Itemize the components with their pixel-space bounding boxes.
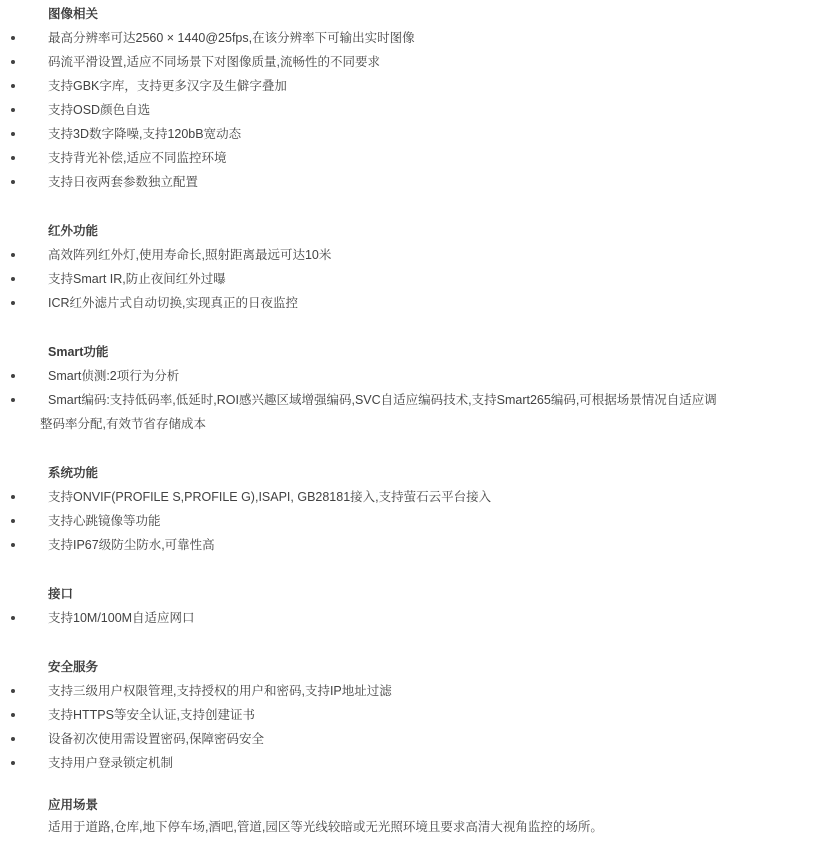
feature-text: ICR红外滤片式自动切换,实现真正的日夜监控 [48, 296, 298, 310]
feature-item: 支持用户登录锁定机制 [0, 751, 813, 775]
feature-text: 支持背光补偿,适应不同监控环境 [48, 151, 226, 165]
bullet-icon [11, 277, 15, 281]
bullet-icon [11, 60, 15, 64]
bullet-icon [11, 398, 15, 402]
feature-item: 支持Smart IR,防止夜间红外过曝 [0, 267, 813, 291]
feature-text: 码流平滑设置,适应不同场景下对图像质量,流畅性的不同要求 [48, 55, 380, 69]
section-heading-system: 系统功能 [0, 461, 813, 485]
application-scenario-text: 适用于道路,仓库,地下停车场,酒吧,管道,园区等光线较暗或无光照环境且要求高清大… [0, 817, 813, 837]
feature-text: Smart侦测:2项行为分析 [48, 369, 179, 383]
feature-text: 支持心跳镜像等功能 [48, 514, 161, 528]
feature-item: 支持3D数字降噪,支持120bB宽动态 [0, 122, 813, 146]
bullet-icon [11, 374, 15, 378]
section-infrared: 红外功能 高效阵列红外灯,使用寿命长,照射距离最远可达10米 支持Smart I… [0, 219, 813, 315]
section-security: 安全服务 支持三级用户权限管理,支持授权的用户和密码,支持IP地址过滤 支持HT… [0, 655, 813, 775]
feature-text: 最高分辨率可达2560 × 1440@25fps,在该分辨率下可输出实时图像 [48, 31, 415, 45]
bullet-icon [11, 616, 15, 620]
feature-text: 支持GBK字库，支持更多汉字及生僻字叠加 [48, 79, 287, 93]
feature-text: 支持OSD颜色自选 [48, 103, 150, 117]
feature-text: 支持3D数字降噪,支持120bB宽动态 [48, 127, 241, 141]
feature-list-security: 支持三级用户权限管理,支持授权的用户和密码,支持IP地址过滤 支持HTTPS等安… [0, 679, 813, 775]
feature-item: Smart编码:支持低码率,低延时,ROI感兴趣区域增强编码,SVC自适应编码技… [0, 388, 813, 436]
feature-item: Smart侦测:2项行为分析 [0, 364, 813, 388]
feature-text: 支持IP67级防尘防水,可靠性高 [48, 538, 215, 552]
feature-item: 码流平滑设置,适应不同场景下对图像质量,流畅性的不同要求 [0, 50, 813, 74]
section-heading-infrared: 红外功能 [0, 219, 813, 243]
bullet-icon [11, 132, 15, 136]
feature-text: Smart编码:支持低码率,低延时,ROI感兴趣区域增强编码,SVC自适应编码技… [40, 393, 717, 431]
feature-item: 高效阵列红外灯,使用寿命长,照射距离最远可达10米 [0, 243, 813, 267]
feature-item: 最高分辨率可达2560 × 1440@25fps,在该分辨率下可输出实时图像 [0, 26, 813, 50]
section-image-related: 图像相关 最高分辨率可达2560 × 1440@25fps,在该分辨率下可输出实… [0, 2, 813, 194]
feature-text: 支持Smart IR,防止夜间红外过曝 [48, 272, 226, 286]
bullet-icon [11, 737, 15, 741]
section-heading-security: 安全服务 [0, 655, 813, 679]
feature-text: 支持三级用户权限管理,支持授权的用户和密码,支持IP地址过滤 [48, 684, 392, 698]
feature-item: 设备初次使用需设置密码,保障密码安全 [0, 727, 813, 751]
feature-item: 支持日夜两套参数独立配置 [0, 170, 813, 194]
bullet-icon [11, 495, 15, 499]
bullet-icon [11, 689, 15, 693]
bullet-icon [11, 36, 15, 40]
feature-list-smart: Smart侦测:2项行为分析 Smart编码:支持低码率,低延时,ROI感兴趣区… [0, 364, 813, 436]
feature-text: 设备初次使用需设置密码,保障密码安全 [48, 732, 264, 746]
feature-text: 支持10M/100M自适应网口 [48, 611, 195, 625]
bullet-icon [11, 180, 15, 184]
feature-item: 支持ONVIF(PROFILE S,PROFILE G),ISAPI, GB28… [0, 485, 813, 509]
section-heading-interface: 接口 [0, 582, 813, 606]
feature-item: 支持10M/100M自适应网口 [0, 606, 813, 630]
bullet-icon [11, 108, 15, 112]
bullet-icon [11, 543, 15, 547]
feature-item: 支持GBK字库，支持更多汉字及生僻字叠加 [0, 74, 813, 98]
feature-text: 支持ONVIF(PROFILE S,PROFILE G),ISAPI, GB28… [48, 490, 491, 504]
feature-list-image-related: 最高分辨率可达2560 × 1440@25fps,在该分辨率下可输出实时图像 码… [0, 26, 813, 194]
section-smart: Smart功能 Smart侦测:2项行为分析 Smart编码:支持低码率,低延时… [0, 340, 813, 436]
feature-text: 支持用户登录锁定机制 [48, 756, 173, 770]
feature-item: 支持OSD颜色自选 [0, 98, 813, 122]
section-application-scenario: 应用场景 适用于道路,仓库,地下停车场,酒吧,管道,园区等光线较暗或无光照环境且… [0, 793, 813, 837]
feature-list-interface: 支持10M/100M自适应网口 [0, 606, 813, 630]
feature-list-system: 支持ONVIF(PROFILE S,PROFILE G),ISAPI, GB28… [0, 485, 813, 557]
feature-item: 支持HTTPS等安全认证,支持创建证书 [0, 703, 813, 727]
feature-list-infrared: 高效阵列红外灯,使用寿命长,照射距离最远可达10米 支持Smart IR,防止夜… [0, 243, 813, 315]
feature-item: 支持背光补偿,适应不同监控环境 [0, 146, 813, 170]
feature-item: ICR红外滤片式自动切换,实现真正的日夜监控 [0, 291, 813, 315]
feature-item: 支持心跳镜像等功能 [0, 509, 813, 533]
bullet-icon [11, 761, 15, 765]
bullet-icon [11, 301, 15, 305]
feature-text: 支持HTTPS等安全认证,支持创建证书 [48, 708, 255, 722]
feature-text: 高效阵列红外灯,使用寿命长,照射距离最远可达10米 [48, 248, 331, 262]
section-heading-smart: Smart功能 [0, 340, 813, 364]
bullet-icon [11, 713, 15, 717]
bullet-icon [11, 156, 15, 160]
section-heading-image-related: 图像相关 [0, 2, 813, 26]
section-heading-application-scenario: 应用场景 [0, 793, 813, 817]
bullet-icon [11, 253, 15, 257]
section-interface: 接口 支持10M/100M自适应网口 [0, 582, 813, 630]
feature-text: 支持日夜两套参数独立配置 [48, 175, 198, 189]
section-system: 系统功能 支持ONVIF(PROFILE S,PROFILE G),ISAPI,… [0, 461, 813, 557]
feature-item: 支持IP67级防尘防水,可靠性高 [0, 533, 813, 557]
bullet-icon [11, 519, 15, 523]
feature-item: 支持三级用户权限管理,支持授权的用户和密码,支持IP地址过滤 [0, 679, 813, 703]
product-spec-document: 图像相关 最高分辨率可达2560 × 1440@25fps,在该分辨率下可输出实… [0, 0, 813, 837]
bullet-icon [11, 84, 15, 88]
